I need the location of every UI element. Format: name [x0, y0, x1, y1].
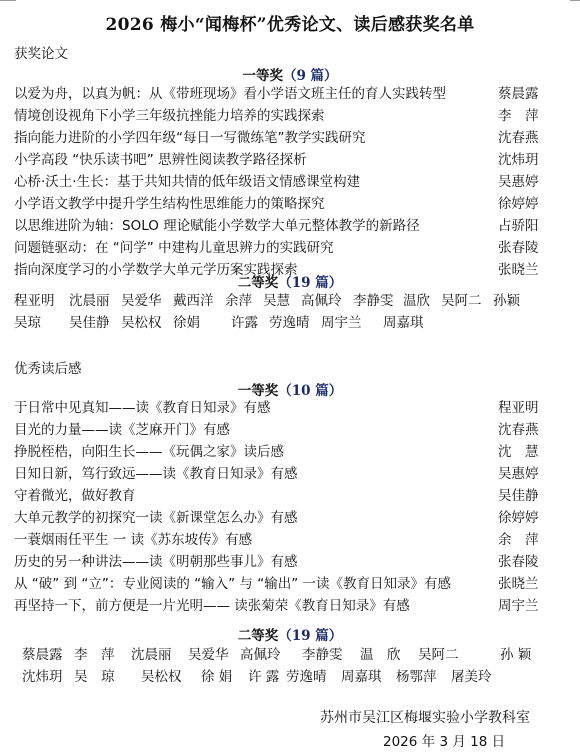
awardee-name: 许 露 — [248, 666, 286, 688]
award-entry-row: 再坚持一下，前方便是一片光明—— 读张菊荣《教育日知录》有感周宇兰 — [14, 595, 554, 617]
award-entry-row: 目光的力量——读《芝麻开门》有感沈春燕 — [14, 419, 554, 441]
entry-author: 周宇兰 — [498, 595, 554, 617]
awardee-name: 吴慧 — [263, 290, 301, 312]
award-entry-row: 小学语文教学中提升学生结构性思维能力的策略探究徐婷婷 — [14, 193, 554, 215]
entry-title: 历史的另一种讲法——读《明朝那些事儿》有感 — [14, 551, 298, 573]
issuing-organization: 苏州市吴江区梅堰实验小学教科室 — [320, 707, 530, 727]
names-line-1: 程亚明沈晨丽吴爱华戴西洋余萍吴慧高佩玲李静雯温欣吴阿二孙颖 — [14, 290, 574, 312]
entry-author: 沈 慧 — [498, 441, 554, 463]
reflections-second-prize-heading: 二等奖（19 篇） — [0, 624, 580, 644]
papers-second-prize-names: 程亚明沈晨丽吴爱华戴西洋余萍吴慧高佩玲李静雯温欣吴阿二孙颖 吴琼吴佳静吴松权徐娟… — [14, 290, 574, 334]
entry-author: 吴惠婷 — [498, 463, 554, 485]
reflections-second-prize-names: 蔡晨露李 萍沈晨丽吴爱华高佩玲李静雯温 欣吴阿二孙 颖 沈炜玥吴 琼吴松权徐 娟… — [22, 644, 580, 688]
page-corner-mark-left — [0, 0, 16, 1]
document-title: 2026 梅小“闻梅杯”优秀论文、读后感获奖名单 — [0, 10, 580, 35]
reflections-first-prize-heading: 一等奖（10 篇） — [0, 379, 580, 399]
entry-author: 沈春燕 — [498, 127, 554, 149]
awardee-name: 吴松权 — [121, 312, 173, 334]
awardee-name: 沈炜玥 — [22, 666, 74, 688]
entry-author: 吴佳静 — [498, 485, 554, 507]
entry-author: 沈春燕 — [498, 419, 554, 441]
awardee-name: 高佩玲 — [240, 644, 302, 666]
awardee-name: 孙颖 — [493, 290, 541, 312]
entry-title: 大单元教学的初探究一读《新课堂怎么办》有感 — [14, 507, 298, 529]
entry-title: 从 “破” 到 “立”：专业阅读的 “输入” 与 “输出” 一读《教育日知录》有… — [14, 573, 451, 595]
entry-author: 沈炜玥 — [498, 149, 554, 171]
issue-date: 2026 年 3 月 18 日 — [383, 730, 505, 750]
papers-first-prize-list: 以爱为舟，以真为帆：从《带班现场》看小学语文班主任的育人实践转型蔡晨露情境创设视… — [14, 83, 554, 281]
papers-first-prize-heading: 一等奖（9 篇） — [0, 64, 580, 84]
award-count: （19 篇） — [278, 628, 342, 644]
awardee-name: 许露 — [231, 312, 269, 334]
awardee-name: 程亚明 — [14, 290, 69, 312]
awardee-name: 李静雯 — [353, 290, 403, 312]
award-entry-row: 于日常中见真知——读《教育日知录》有感程亚明 — [14, 397, 554, 419]
entry-author: 徐婷婷 — [498, 193, 554, 215]
entry-author: 占骄阳 — [498, 215, 554, 237]
page-corner-mark-right — [570, 0, 580, 1]
names-line-2: 吴琼吴佳静吴松权徐娟许露劳逸晴周宇兰周嘉琪 — [14, 312, 574, 334]
entry-author: 张春陵 — [498, 237, 554, 259]
awardee-name: 余萍 — [225, 290, 263, 312]
awardee-name: 高佩玲 — [301, 290, 353, 312]
entry-title: 小学语文教学中提升学生结构性思维能力的策略探究 — [14, 193, 325, 215]
entry-title: 指向能力进阶的小学四年级“每日一写微练笔”教学实践研究 — [14, 127, 366, 149]
entry-title: 小学高段 “快乐读书吧” 思辨性阅读教学路径探析 — [14, 149, 307, 171]
entry-author: 李 萍 — [498, 105, 554, 127]
award-entry-row: 历史的另一种讲法——读《明朝那些事儿》有感张春陵 — [14, 551, 554, 573]
names-line-1: 蔡晨露李 萍沈晨丽吴爱华高佩玲李静雯温 欣吴阿二孙 颖 — [22, 644, 580, 666]
awardee-name: 李 萍 — [74, 644, 131, 666]
awardee-name: 孙 颖 — [500, 644, 550, 666]
entry-author: 程亚明 — [498, 397, 554, 419]
awardee-name: 吴佳静 — [69, 312, 121, 334]
awardee-name: 李静雯 — [302, 644, 360, 666]
entry-title: 挣脱桎梏，向阳生长——《玩偶之家》读后感 — [14, 441, 284, 463]
entry-author: 吴惠婷 — [498, 171, 554, 193]
awardee-name: 沈晨丽 — [69, 290, 121, 312]
award-level: 二等奖 — [238, 275, 279, 291]
entry-author: 蔡晨露 — [498, 83, 554, 105]
entry-title: 于日常中见真知——读《教育日知录》有感 — [14, 397, 271, 419]
entry-title: 再坚持一下，前方便是一片光明—— 读张菊荣《教育日知录》有感 — [14, 595, 410, 617]
awardee-name: 吴松权 — [141, 666, 201, 688]
entry-title: 目光的力量——读《芝麻开门》有感 — [14, 419, 230, 441]
awardee-name: 吴阿二 — [418, 644, 500, 666]
awardee-name: 屠美玲 — [451, 666, 501, 688]
award-entry-row: 情境创设视角下小学三年级抗挫能力培养的实践探索李 萍 — [14, 105, 554, 127]
award-level: 一等奖 — [242, 68, 283, 84]
entry-title: 日知日新，笃行致远——读《教育日知录》有感 — [14, 463, 298, 485]
award-entry-row: 从 “破” 到 “立”：专业阅读的 “输入” 与 “输出” 一读《教育日知录》有… — [14, 573, 554, 595]
award-count: （19 篇） — [278, 275, 342, 291]
award-entry-row: 大单元教学的初探究一读《新课堂怎么办》有感徐婷婷 — [14, 507, 554, 529]
awardee-name: 温欣 — [403, 290, 441, 312]
entry-title: 问题链驱动：在 “问学” 中建构儿童思辨力的实践研究 — [14, 237, 334, 259]
awardee-name: 周嘉琪 — [383, 312, 435, 334]
papers-second-prize-heading: 二等奖（19 篇） — [0, 271, 580, 291]
awardee-name: 徐娟 — [173, 312, 231, 334]
award-entry-row: 日知日新，笃行致远——读《教育日知录》有感吴惠婷 — [14, 463, 554, 485]
award-entry-row: 小学高段 “快乐读书吧” 思辨性阅读教学路径探析沈炜玥 — [14, 149, 554, 171]
awardee-name: 吴琼 — [14, 312, 69, 334]
awardee-name: 徐 娟 — [201, 666, 248, 688]
reflections-section-label: 优秀读后感 — [14, 357, 82, 377]
award-entry-row: 挣脱桎梏，向阳生长——《玩偶之家》读后感沈 慧 — [14, 441, 554, 463]
awardee-name: 吴爱华 — [188, 644, 240, 666]
entry-title: 一蓑烟雨任平生 一 读《苏东坡传》有感 — [14, 529, 252, 551]
entry-author: 余 萍 — [498, 529, 554, 551]
entry-title: 以爱为舟，以真为帆：从《带班现场》看小学语文班主任的育人实践转型 — [14, 83, 446, 105]
entry-author: 张春陵 — [498, 551, 554, 573]
awardee-name: 蔡晨露 — [22, 644, 74, 666]
awardee-name: 沈晨丽 — [131, 644, 188, 666]
entry-title: 情境创设视角下小学三年级抗挫能力培养的实践探索 — [14, 105, 325, 127]
award-entry-row: 以爱为舟，以真为帆：从《带班现场》看小学语文班主任的育人实践转型蔡晨露 — [14, 83, 554, 105]
awardee-name: 杨鄂萍 — [396, 666, 451, 688]
awardee-name: 温 欣 — [360, 644, 418, 666]
awardee-name: 劳逸晴 — [286, 666, 341, 688]
award-entry-row: 心桥·沃土·生长：基于共知共情的低年级语文情感课堂构建吴惠婷 — [14, 171, 554, 193]
names-line-2: 沈炜玥吴 琼吴松权徐 娟许 露劳逸晴周嘉琪杨鄂萍屠美玲 — [22, 666, 580, 688]
entry-title: 心桥·沃土·生长：基于共知共情的低年级语文情感课堂构建 — [14, 171, 360, 193]
papers-section-label: 获奖论文 — [14, 42, 68, 62]
awardee-name: 周嘉琪 — [341, 666, 396, 688]
reflections-first-prize-list: 于日常中见真知——读《教育日知录》有感程亚明目光的力量——读《芝麻开门》有感沈春… — [14, 397, 554, 617]
awardee-name: 吴 琼 — [74, 666, 141, 688]
entry-author: 徐婷婷 — [498, 507, 554, 529]
awardee-name: 吴阿二 — [441, 290, 493, 312]
award-level: 二等奖 — [238, 628, 279, 644]
entry-title: 以思维进阶为轴：SOLO 理论赋能小学数学大单元整体教学的新路径 — [14, 215, 420, 237]
award-entry-row: 守着微光，做好教育吴佳静 — [14, 485, 554, 507]
award-count: （9 篇） — [283, 68, 338, 84]
awardee-name: 吴爱华 — [121, 290, 173, 312]
awardee-name: 劳逸晴 — [269, 312, 321, 334]
award-entry-row: 问题链驱动：在 “问学” 中建构儿童思辨力的实践研究张春陵 — [14, 237, 554, 259]
award-entry-row: 以思维进阶为轴：SOLO 理论赋能小学数学大单元整体教学的新路径占骄阳 — [14, 215, 554, 237]
entry-author: 张晓兰 — [498, 573, 554, 595]
entry-title: 守着微光，做好教育 — [14, 485, 136, 507]
awardee-name: 周宇兰 — [321, 312, 383, 334]
award-entry-row: 指向能力进阶的小学四年级“每日一写微练笔”教学实践研究沈春燕 — [14, 127, 554, 149]
awardee-name: 戴西洋 — [173, 290, 225, 312]
award-entry-row: 一蓑烟雨任平生 一 读《苏东坡传》有感余 萍 — [14, 529, 554, 551]
